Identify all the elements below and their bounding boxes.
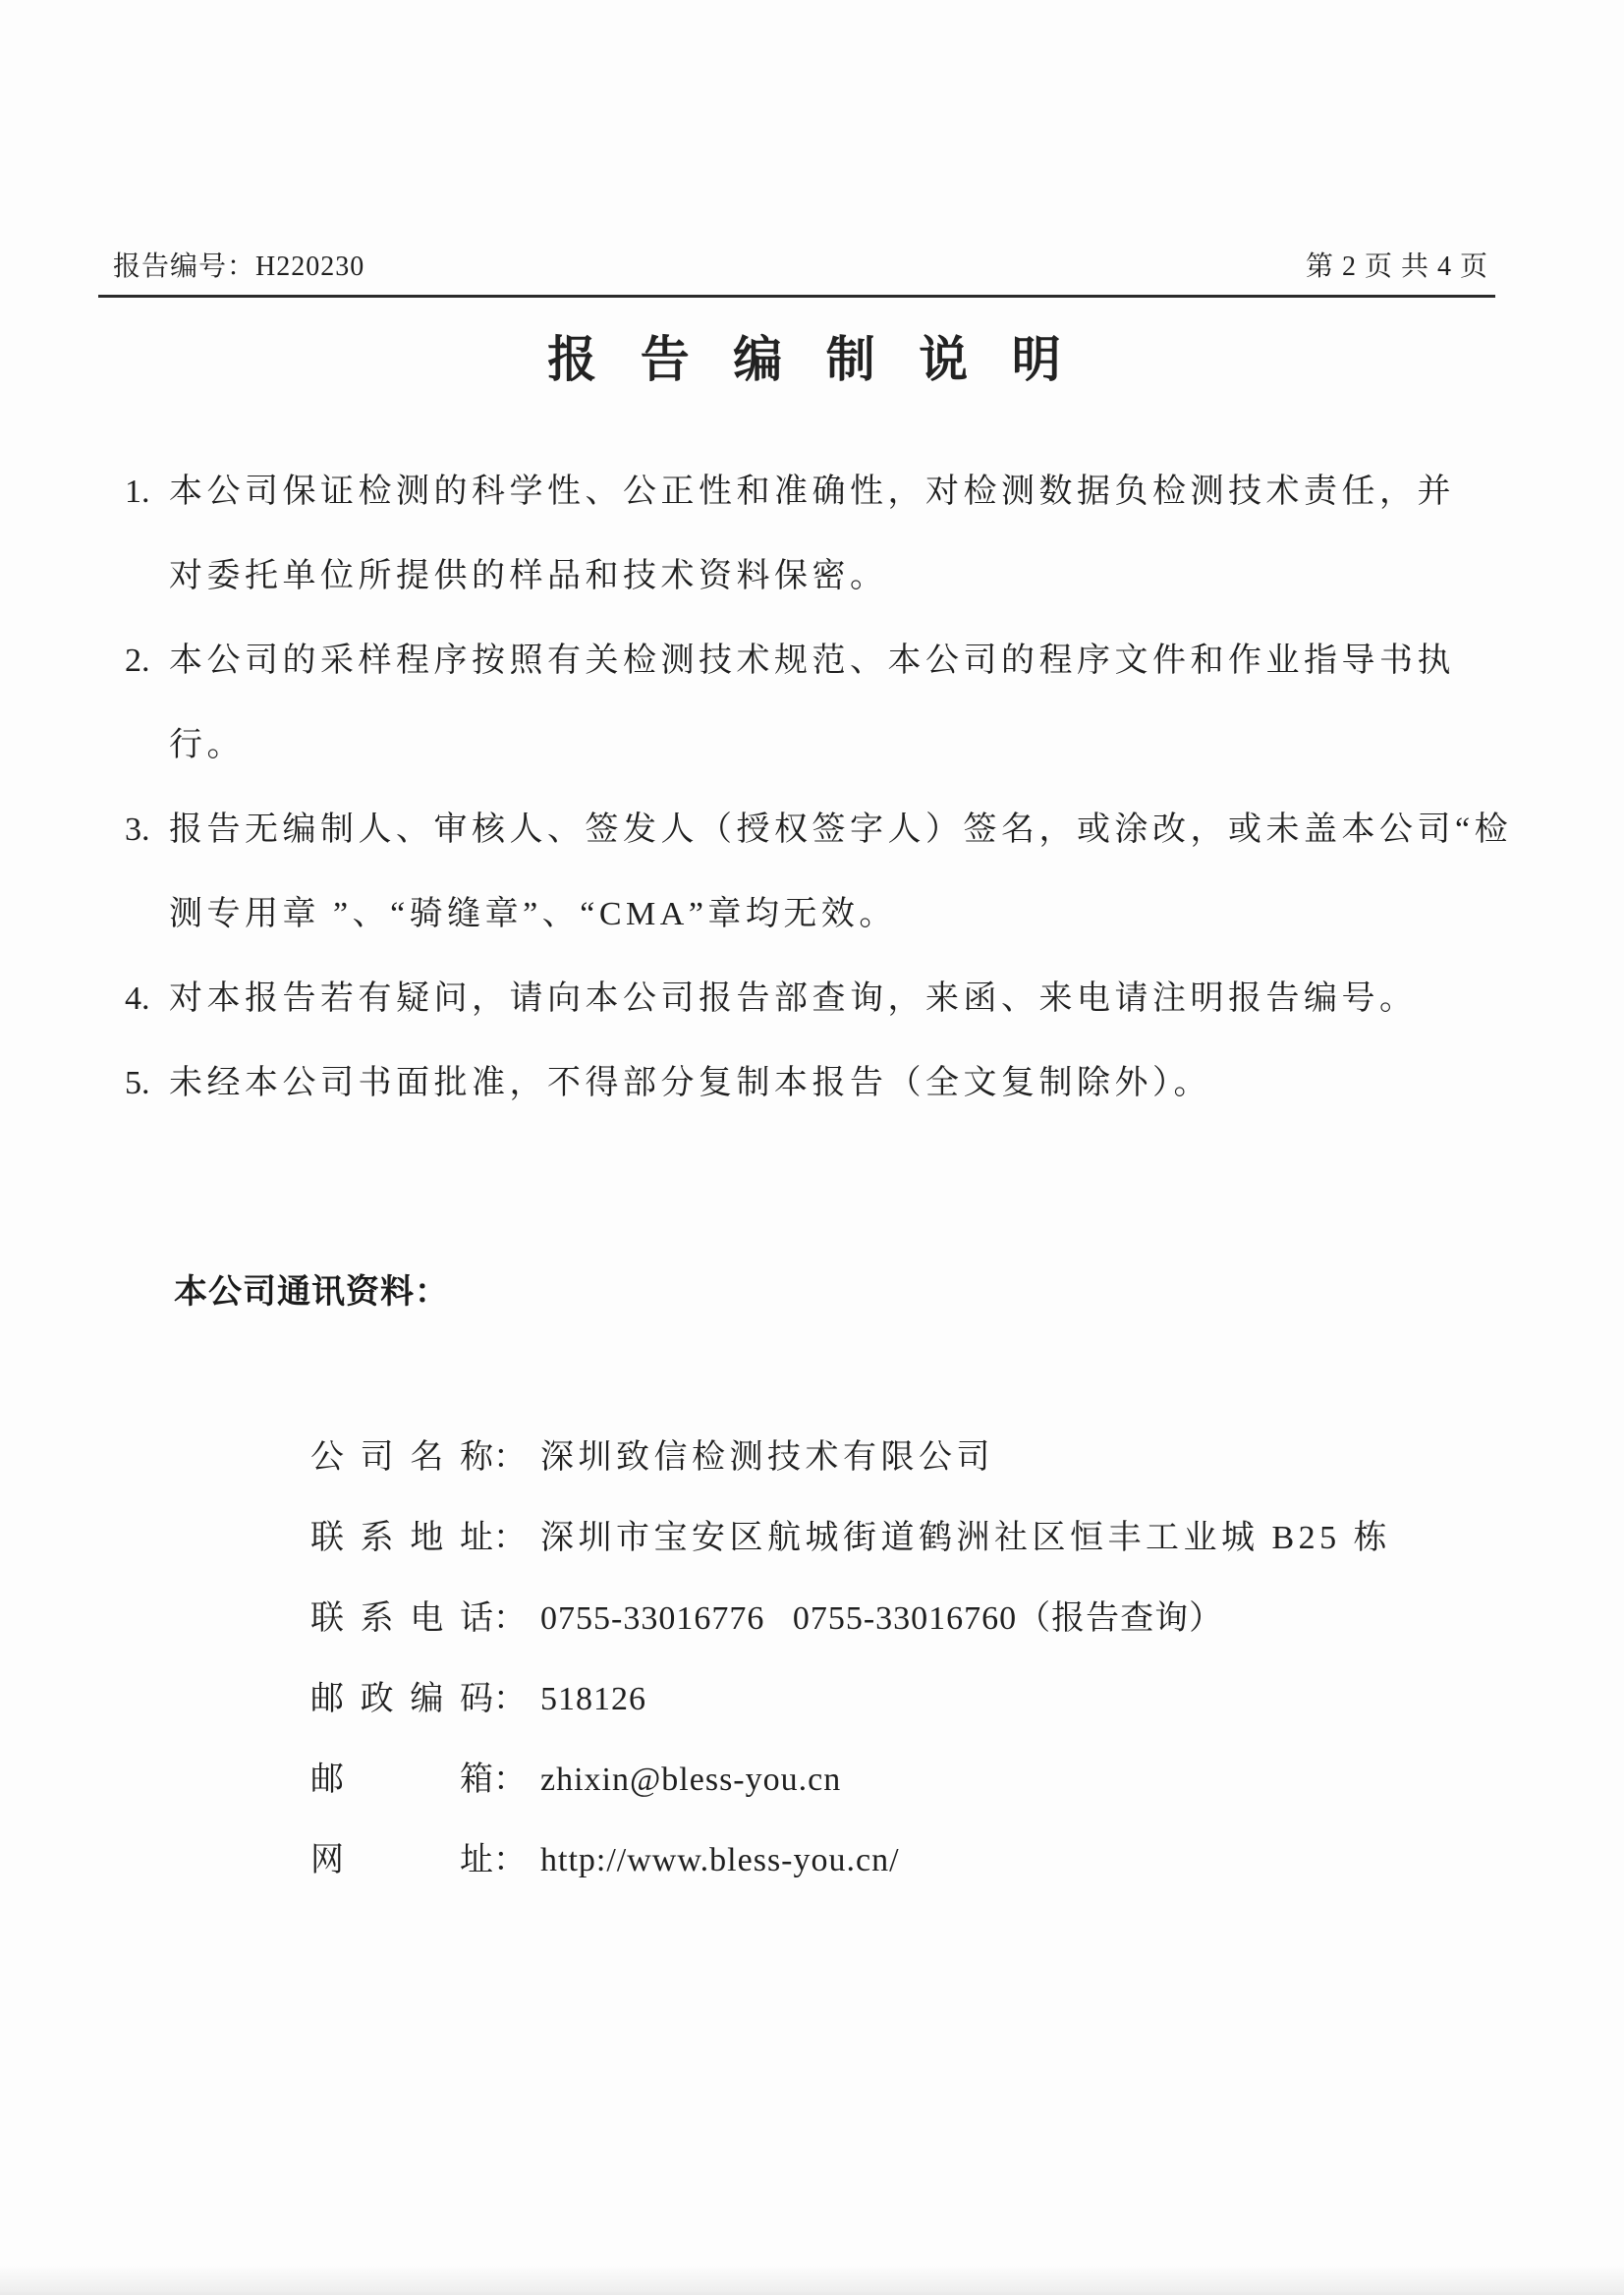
note-item-5: 5. 未经本公司书面批准，不得部分复制本报告（全文复制除外）。 [125, 1041, 1530, 1126]
contact-label: 邮 政 编 码 [310, 1659, 493, 1740]
address-value: 深圳市宝安区航城街道鹤洲社区恒丰工业城 B25 栋 [540, 1520, 1391, 1556]
note-line: 报告无编制人、审核人、签发人（授权签字人）签名，或涂改，或未盖本公司“检 [169, 788, 1530, 872]
contact-label: 邮 箱 [310, 1740, 493, 1820]
contact-colon: ： [493, 1579, 527, 1659]
note-line: 测专用章 ”、“骑缝章”、“CMA”章均无效。 [169, 872, 1530, 957]
note-number: 5. [125, 1041, 150, 1126]
contact-colon: ： [493, 1498, 527, 1579]
note-line: 对本报告若有疑问，请向本公司报告部查询，来函、来电请注明报告编号。 [169, 957, 1530, 1041]
header-rule [98, 295, 1495, 298]
page-header: 报告编号：H220230 第 2 页 共 4 页 [113, 250, 1488, 285]
contact-label: 公 司 名 称 [310, 1418, 493, 1498]
company-name-value: 深圳致信检测技术有限公司 [540, 1439, 994, 1476]
contact-label: 联 系 电 话 [310, 1579, 493, 1659]
note-item-2: 2. 本公司的采样程序按照有关检测技术规范、本公司的程序文件和作业指导书执 行。 [125, 619, 1530, 788]
note-number: 1. [125, 450, 150, 534]
note-line: 行。 [169, 703, 1530, 788]
report-number: 报告编号：H220230 [113, 250, 364, 285]
page-indicator: 第 2 页 共 4 页 [1306, 250, 1488, 285]
note-number: 2. [125, 619, 150, 703]
note-line: 对委托单位所提供的样品和技术资料保密。 [169, 534, 1530, 619]
notes-list: 1. 本公司保证检测的科学性、公正性和准确性，对检测数据负检测技术责任，并 对委… [125, 450, 1530, 1126]
note-item-4: 4. 对本报告若有疑问，请向本公司报告部查询，来函、来电请注明报告编号。 [125, 957, 1530, 1041]
email-value: zhixin@bless-you.cn [540, 1762, 841, 1798]
contact-colon: ： [493, 1740, 527, 1820]
contact-heading: 本公司通讯资料： [174, 1271, 449, 1315]
note-line: 本公司的采样程序按照有关检测技术规范、本公司的程序文件和作业指导书执 [169, 619, 1530, 703]
scan-edge-shadow [0, 2266, 1624, 2295]
note-item-3: 3. 报告无编制人、审核人、签发人（授权签字人）签名，或涂改，或未盖本公司“检 … [125, 788, 1530, 957]
report-page: 报告编号：H220230 第 2 页 共 4 页 报 告 编 制 说 明 1. … [0, 0, 1624, 2295]
postcode-value: 518126 [540, 1681, 646, 1717]
note-item-1: 1. 本公司保证检测的科学性、公正性和准确性，对检测数据负检测技术责任，并 对委… [125, 450, 1530, 619]
page-title: 报 告 编 制 说 明 [0, 320, 1624, 391]
contact-colon: ： [493, 1820, 527, 1901]
contact-row-company-name: 公 司 名 称：深圳致信检测技术有限公司 [260, 1337, 1488, 1418]
phone-value: 0755-33016776 0755-33016760（报告查询） [540, 1600, 1223, 1637]
contact-colon: ： [493, 1659, 527, 1740]
contact-label: 联 系 地 址 [310, 1498, 493, 1579]
note-number: 3. [125, 788, 150, 872]
website-value: http://www.bless-you.cn/ [540, 1842, 900, 1878]
note-number: 4. [125, 957, 150, 1041]
note-line: 未经本公司书面批准，不得部分复制本报告（全文复制除外）。 [169, 1041, 1530, 1126]
contact-colon: ： [493, 1418, 527, 1498]
contact-label: 网 址 [310, 1820, 493, 1901]
contact-info-list: 公 司 名 称：深圳致信检测技术有限公司 联 系 地 址：深圳市宝安区航城街道鹤… [260, 1337, 1488, 1820]
note-line: 本公司保证检测的科学性、公正性和准确性，对检测数据负检测技术责任，并 [169, 450, 1530, 534]
